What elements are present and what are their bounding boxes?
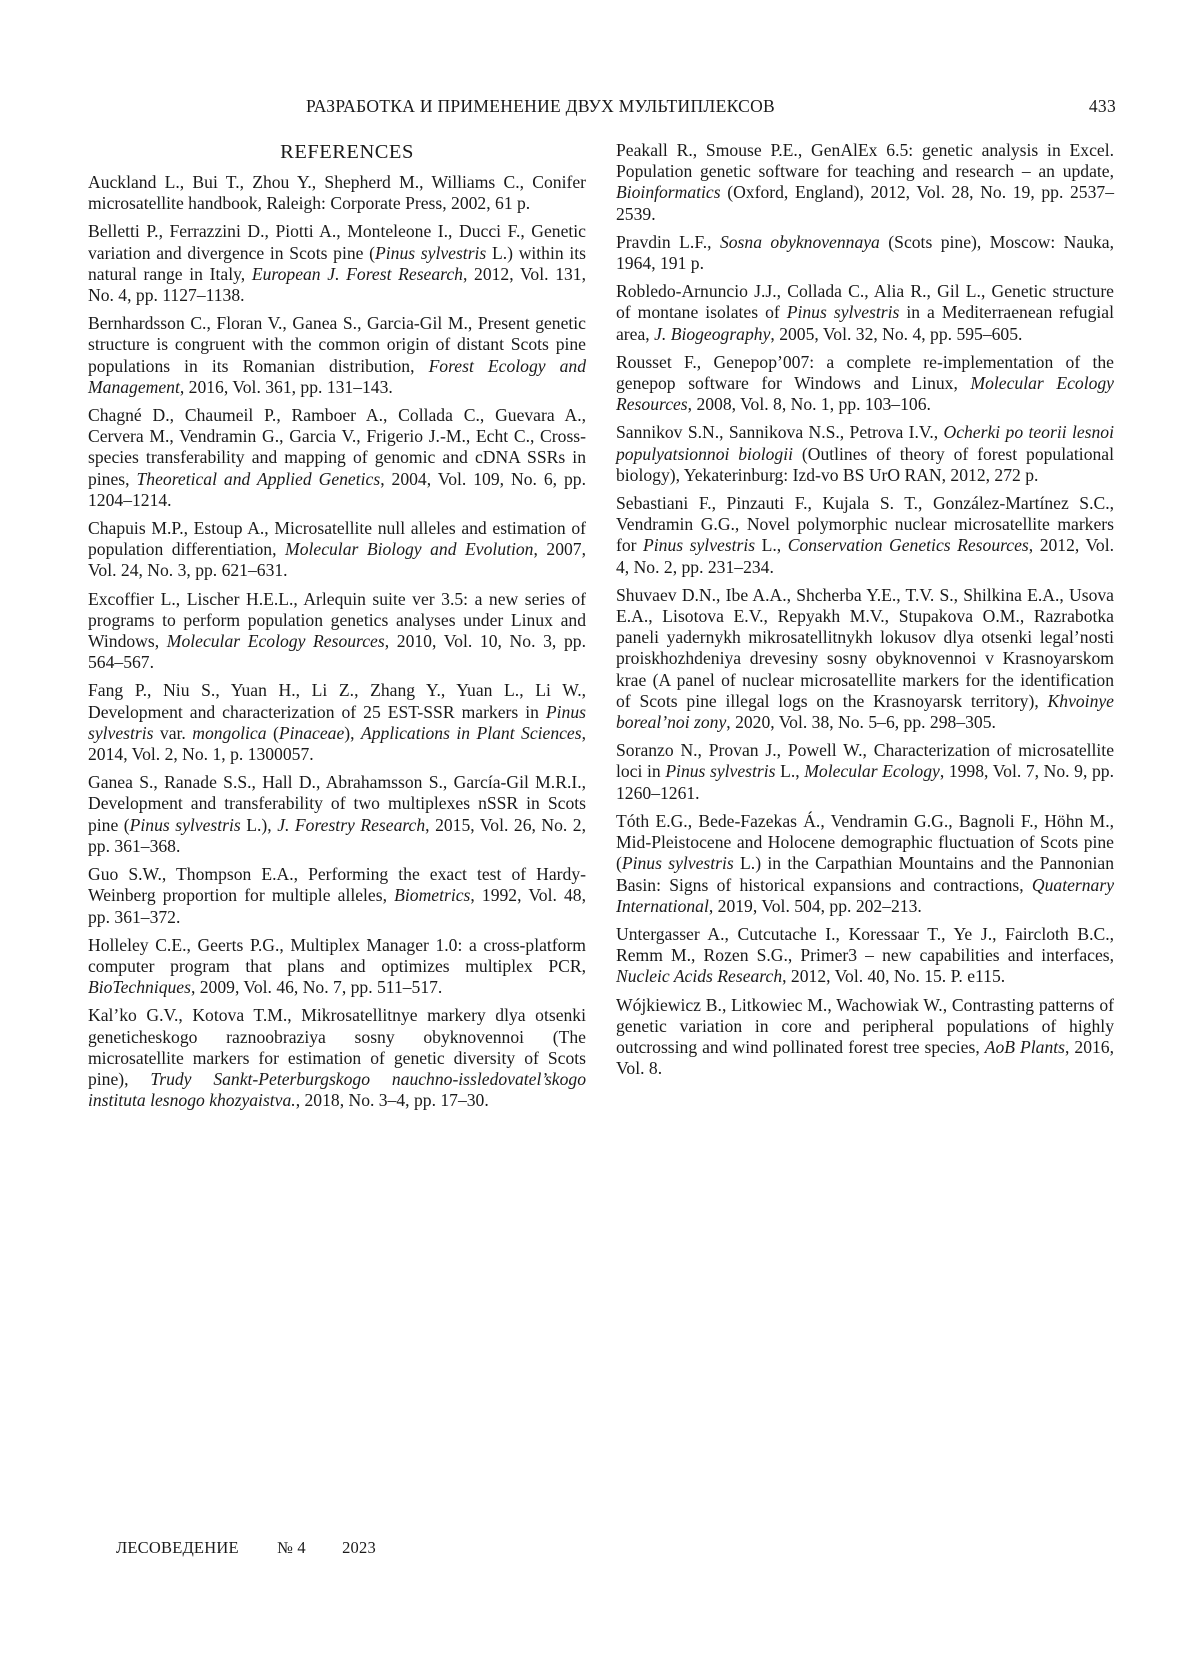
reference-text: Peakall R., Smouse P.E., GenAlEx 6.5: ge…	[616, 140, 1114, 181]
reference-italic-title: AoB Plants	[985, 1037, 1065, 1057]
reference-text: Untergasser A., Cutcutache I., Koressaar…	[616, 924, 1114, 965]
running-header: РАЗРАБОТКА И ПРИМЕНЕНИЕ ДВУХ МУЛЬТИПЛЕКС…	[86, 96, 1116, 120]
running-title: РАЗРАБОТКА И ПРИМЕНЕНИЕ ДВУХ МУЛЬТИПЛЕКС…	[306, 96, 775, 117]
reference-text: , 2018, No. 3–4, pp. 17–30.	[296, 1090, 489, 1110]
reference-entry: Peakall R., Smouse P.E., GenAlEx 6.5: ge…	[616, 140, 1114, 225]
reference-entry: Ganea S., Ranade S.S., Hall D., Abrahams…	[88, 772, 586, 857]
reference-italic-title: Pinus sylvestris	[665, 761, 775, 781]
reference-text: , 2005, Vol. 32, No. 4, pp. 595–605.	[770, 324, 1022, 344]
reference-text: Pravdin L.F.,	[616, 232, 720, 252]
reference-text: ),	[344, 723, 361, 743]
reference-italic-title: Pinus sylvestris	[787, 302, 900, 322]
reference-italic-title: Conser­vation Genetics Resources	[788, 535, 1029, 555]
reference-entry: Wójkiewicz B., Litkowiec M., Wachowiak W…	[616, 995, 1114, 1080]
reference-entry: Auckland L., Bui T., Zhou Y., Shepherd M…	[88, 172, 586, 214]
reference-text: Auckland L., Bui T., Zhou Y., Shepherd M…	[88, 172, 586, 213]
reference-italic-title: Pinus sylvestris	[130, 815, 241, 835]
reference-italic-title: Nucleic Acids Research	[616, 966, 782, 986]
reference-entry: Fang P., Niu S., Yuan H., Li Z., Zhang Y…	[88, 680, 586, 765]
reference-italic-title: Pinus sylvestris	[622, 853, 734, 873]
reference-text: Holleley C.E., Geerts P.G., Multiplex Ma…	[88, 935, 586, 976]
reference-italic-title: Theoretical and Applied Genetics	[137, 469, 381, 489]
reference-entry: Excoffier L., Lischer H.E.L., Arlequin s…	[88, 589, 586, 674]
reference-text: , 2019, Vol. 504, pp. 202–213.	[709, 896, 922, 916]
reference-text: var.	[153, 723, 192, 743]
page-footer: ЛЕСОВЕДЕНИЕ № 4 2023	[116, 1538, 376, 1558]
references-column-left: REFERENCES Auckland L., Bui T., Zhou Y.,…	[88, 140, 586, 1118]
reference-entry: Shuvaev D.N., Ibe A.A., Shcherba Y.E., T…	[616, 585, 1114, 733]
reference-italic-title: Biometrics	[394, 885, 470, 905]
reference-entry: Bernhardsson C., Floran V., Ganea S., Ga…	[88, 313, 586, 398]
reference-entry: Belletti P., Ferrazzini D., Piotti A., M…	[88, 221, 586, 306]
reference-text: L.),	[241, 815, 277, 835]
reference-text: Fang P., Niu S., Yuan H., Li Z., Zhang Y…	[88, 680, 586, 721]
reference-entry: Tóth E.G., Bede-Fazekas Á., Vendramin G.…	[616, 811, 1114, 917]
reference-entry: Chapuis M.P., Estoup A., Microsatellite …	[88, 518, 586, 582]
reference-italic-title: Applications in Plant Sciences	[361, 723, 582, 743]
reference-entry: Chagné D., Chaumeil P., Ramboer A., Coll…	[88, 405, 586, 511]
reference-italic-title: Bioinformatics	[616, 182, 721, 202]
reference-italic-title: Sosna obyknovennaya	[720, 232, 880, 252]
reference-italic-title: mongolica	[192, 723, 266, 743]
reference-italic-title: European J. Forest Research	[252, 264, 463, 284]
reference-list-right: Peakall R., Smouse P.E., GenAlEx 6.5: ge…	[616, 140, 1114, 1079]
reference-italic-title: Pinus sylvestris	[643, 535, 755, 555]
reference-italic-title: J. Biogeography	[654, 324, 770, 344]
reference-text: , 2016, Vol. 361, pp. 131–143.	[180, 377, 393, 397]
reference-italic-title: Molecular Biology and Evolution	[285, 539, 533, 559]
reference-text: (	[267, 723, 279, 743]
reference-entry: Kal’ko G.V., Kotova T.M., Mikrosatellitn…	[88, 1005, 586, 1111]
section-title: REFERENCES	[88, 140, 586, 164]
reference-entry: Holleley C.E., Geerts P.G., Multiplex Ma…	[88, 935, 586, 999]
reference-text: L.,	[775, 761, 804, 781]
reference-entry: Soranzo N., Provan J., Powell W., Charac…	[616, 740, 1114, 804]
reference-entry: Sebastiani F., Pinzauti F., Kujala S. T.…	[616, 493, 1114, 578]
reference-entry: Untergasser A., Cutcutache I., Koressaar…	[616, 924, 1114, 988]
reference-text: Shuvaev D.N., Ibe A.A., Shcherba Y.E., T…	[616, 585, 1114, 711]
references-column-right: Peakall R., Smouse P.E., GenAlEx 6.5: ge…	[616, 140, 1114, 1086]
reference-text: , 2012, Vol. 40, No. 15. P. e115.	[782, 966, 1005, 986]
reference-italic-title: BioTechniques	[88, 977, 191, 997]
reference-italic-title: Pinus syl­vestris	[375, 243, 486, 263]
reference-italic-title: J. Forestry Research	[277, 815, 425, 835]
reference-entry: Sannikov S.N., Sannikova N.S., Petrova I…	[616, 422, 1114, 486]
reference-italic-title: Molecular Ecology Resources	[167, 631, 385, 651]
reference-entry: Robledo-Arnuncio J.J., Collada C., Alia …	[616, 281, 1114, 345]
footer-year: 2023	[342, 1538, 376, 1558]
footer-journal-name: ЛЕСОВЕДЕНИЕ	[116, 1538, 239, 1558]
reference-entry: Pravdin L.F., Sosna obyknovennaya (Scots…	[616, 232, 1114, 274]
reference-text: , 2009, Vol. 46, No. 7, pp. 511–517.	[191, 977, 442, 997]
reference-italic-title: Pinaceae	[279, 723, 344, 743]
page-number: 433	[1089, 96, 1116, 117]
reference-entry: Rousset F., Genepop’007: a complete re-i…	[616, 352, 1114, 416]
footer-issue-number: № 4	[277, 1538, 306, 1558]
reference-text: , 2020, Vol. 38, No. 5–6, pp. 298–305.	[726, 712, 996, 732]
reference-text: L.,	[755, 535, 788, 555]
reference-italic-title: Molecular Ecology	[804, 761, 940, 781]
reference-text: , 2008, Vol. 8, No. 1, pp. 103–106.	[688, 394, 931, 414]
reference-entry: Guo S.W., Thompson E.A., Performing the …	[88, 864, 586, 928]
reference-list-left: Auckland L., Bui T., Zhou Y., Shepherd M…	[88, 172, 586, 1111]
reference-text: Sannikov S.N., Sannikova N.S., Petrova I…	[616, 422, 944, 442]
